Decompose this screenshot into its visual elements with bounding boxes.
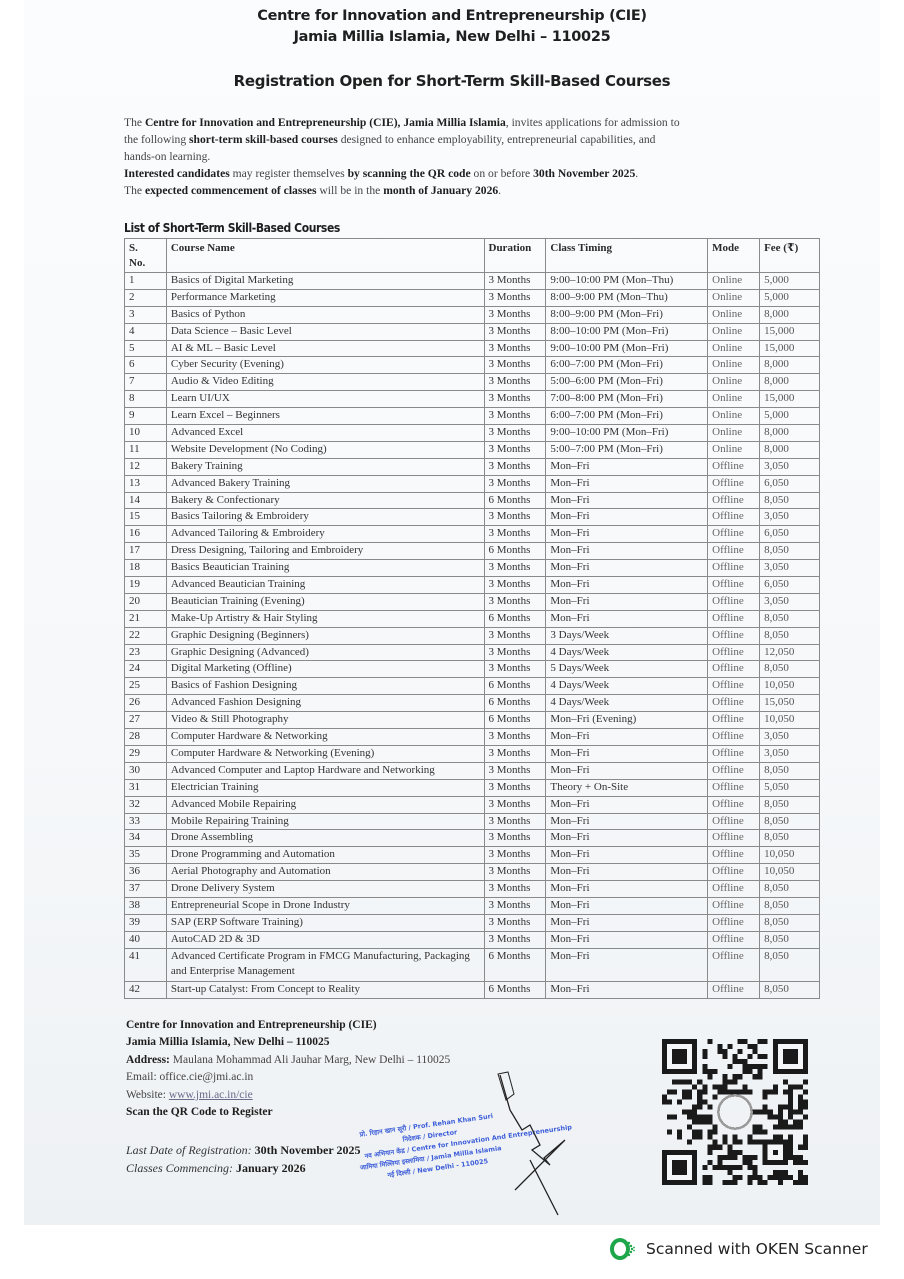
cell-sno: 41 [125, 948, 167, 981]
table-row: 6Cyber Security (Evening)3 Months6:00–7:… [125, 357, 820, 374]
cell-course-name: Performance Marketing [166, 289, 484, 306]
cell-course-name: Advanced Computer and Laptop Hardware an… [166, 762, 484, 779]
cell-fee: 8,000 [760, 425, 820, 442]
contact-block: Centre for Innovation and Entrepreneursh… [126, 1017, 450, 1121]
cell-course-name: Make-Up Artistry & Hair Styling [166, 610, 484, 627]
cell-fee: 8,050 [760, 796, 820, 813]
table-row: 12Bakery Training3 MonthsMon–FriOffline3… [125, 458, 820, 475]
table-row: 19Advanced Beautician Training3 MonthsMo… [125, 577, 820, 594]
cell-fee: 8,050 [760, 762, 820, 779]
cell-fee: 5,000 [760, 273, 820, 290]
cell-course-name: Beautician Training (Evening) [166, 593, 484, 610]
cell-class-timing: Mon–Fri [546, 577, 708, 594]
course-list-title: List of Short-Term Skill-Based Courses [124, 221, 340, 235]
signature-icon [470, 1070, 580, 1220]
cell-fee: 5,000 [760, 408, 820, 425]
table-row: 8Learn UI/UX3 Months7:00–8:00 PM (Mon–Fr… [125, 391, 820, 408]
cell-sno: 16 [125, 526, 167, 543]
cell-course-name: Audio & Video Editing [166, 374, 484, 391]
table-row: 5AI & ML – Basic Level3 Months9:00–10:00… [125, 340, 820, 357]
cell-mode: Offline [708, 492, 760, 509]
cell-class-timing: 4 Days/Week [546, 644, 708, 661]
oken-scanner-logo-icon [610, 1238, 636, 1260]
table-row: 30Advanced Computer and Laptop Hardware … [125, 762, 820, 779]
cell-sno: 13 [125, 475, 167, 492]
table-row: 15Basics Tailoring & Embroidery3 MonthsM… [125, 509, 820, 526]
cell-class-timing: Theory + On-Site [546, 779, 708, 796]
cell-mode: Offline [708, 729, 760, 746]
table-row: 33Mobile Repairing Training3 MonthsMon–F… [125, 813, 820, 830]
cell-sno: 31 [125, 779, 167, 796]
contact-address: Address: Maulana Mohammad Ali Jauhar Mar… [126, 1052, 450, 1069]
table-row: 41Advanced Certificate Program in FMCG M… [125, 948, 820, 981]
cell-fee: 12,050 [760, 644, 820, 661]
cell-class-timing: Mon–Fri [546, 593, 708, 610]
table-row: 21Make-Up Artistry & Hair Styling6 Month… [125, 610, 820, 627]
cell-duration: 3 Months [484, 881, 546, 898]
cell-course-name: Advanced Certificate Program in FMCG Man… [166, 948, 484, 981]
cell-duration: 6 Months [484, 948, 546, 981]
cell-class-timing: 6:00–7:00 PM (Mon–Fri) [546, 357, 708, 374]
contact-website: Website: www.jmi.ac.in/cie [126, 1087, 450, 1104]
cell-duration: 3 Months [484, 441, 546, 458]
cell-class-timing: Mon–Fri [546, 796, 708, 813]
table-row: 16Advanced Tailoring & Embroidery3 Month… [125, 526, 820, 543]
cell-mode: Offline [708, 610, 760, 627]
cell-class-timing: Mon–Fri [546, 526, 708, 543]
cell-fee: 8,050 [760, 931, 820, 948]
cell-duration: 3 Months [484, 560, 546, 577]
cell-duration: 3 Months [484, 273, 546, 290]
cell-mode: Offline [708, 813, 760, 830]
cell-sno: 11 [125, 441, 167, 458]
watermark-text: Scanned with OKEN Scanner [646, 1240, 868, 1258]
cell-mode: Offline [708, 914, 760, 931]
cell-class-timing: 8:00–10:00 PM (Mon–Fri) [546, 323, 708, 340]
cell-class-timing: Mon–Fri [546, 948, 708, 981]
table-row: 3Basics of Python3 Months8:00–9:00 PM (M… [125, 306, 820, 323]
cell-class-timing: 8:00–9:00 PM (Mon–Thu) [546, 289, 708, 306]
cell-class-timing: 8:00–9:00 PM (Mon–Fri) [546, 306, 708, 323]
cell-mode: Offline [708, 931, 760, 948]
table-row: 18Basics Beautician Training3 MonthsMon–… [125, 560, 820, 577]
cell-course-name: Aerial Photography and Automation [166, 864, 484, 881]
qr-code-icon[interactable] [662, 1038, 808, 1186]
cell-sno: 27 [125, 712, 167, 729]
cell-fee: 10,050 [760, 678, 820, 695]
cell-fee: 8,050 [760, 627, 820, 644]
header-fee: Fee (₹) [760, 239, 820, 273]
cell-duration: 3 Months [484, 289, 546, 306]
cell-class-timing: Mon–Fri [546, 458, 708, 475]
cell-sno: 34 [125, 830, 167, 847]
cell-fee: 10,050 [760, 712, 820, 729]
cell-sno: 5 [125, 340, 167, 357]
cell-sno: 42 [125, 981, 167, 998]
cell-duration: 3 Months [484, 745, 546, 762]
cell-fee: 3,050 [760, 593, 820, 610]
cell-mode: Offline [708, 695, 760, 712]
cell-mode: Offline [708, 881, 760, 898]
cell-duration: 3 Months [484, 323, 546, 340]
cell-sno: 8 [125, 391, 167, 408]
cell-mode: Online [708, 374, 760, 391]
cell-sno: 29 [125, 745, 167, 762]
cell-class-timing: 9:00–10:00 PM (Mon–Thu) [546, 273, 708, 290]
cell-mode: Online [708, 289, 760, 306]
cell-course-name: AutoCAD 2D & 3D [166, 931, 484, 948]
cell-mode: Offline [708, 475, 760, 492]
cell-sno: 32 [125, 796, 167, 813]
cell-fee: 8,050 [760, 881, 820, 898]
cell-course-name: Drone Delivery System [166, 881, 484, 898]
cell-sno: 39 [125, 914, 167, 931]
cell-class-timing: Mon–Fri [546, 543, 708, 560]
cell-course-name: Learn UI/UX [166, 391, 484, 408]
cell-duration: 6 Months [484, 543, 546, 560]
cell-mode: Online [708, 273, 760, 290]
cell-mode: Online [708, 425, 760, 442]
cell-mode: Online [708, 323, 760, 340]
cell-sno: 18 [125, 560, 167, 577]
cell-duration: 3 Months [484, 357, 546, 374]
cell-sno: 4 [125, 323, 167, 340]
cell-sno: 23 [125, 644, 167, 661]
cell-sno: 7 [125, 374, 167, 391]
cell-mode: Online [708, 408, 760, 425]
cell-sno: 22 [125, 627, 167, 644]
table-row: 27Video & Still Photography6 MonthsMon–F… [125, 712, 820, 729]
cell-course-name: Mobile Repairing Training [166, 813, 484, 830]
table-row: 11Website Development (No Coding)3 Month… [125, 441, 820, 458]
table-row: 35Drone Programming and Automation3 Mont… [125, 847, 820, 864]
cell-mode: Offline [708, 779, 760, 796]
cell-class-timing: 5:00–7:00 PM (Mon–Fri) [546, 441, 708, 458]
table-row: 17Dress Designing, Tailoring and Embroid… [125, 543, 820, 560]
cell-duration: 3 Months [484, 526, 546, 543]
last-date-registration: Last Date of Registration: 30th November… [126, 1141, 360, 1159]
cell-duration: 3 Months [484, 897, 546, 914]
cell-fee: 15,000 [760, 340, 820, 357]
cell-duration: 3 Months [484, 425, 546, 442]
table-row: 37Drone Delivery System3 MonthsMon–FriOf… [125, 881, 820, 898]
header-duration: Duration [484, 239, 546, 273]
table-row: 28Computer Hardware & Networking3 Months… [125, 729, 820, 746]
cell-sno: 33 [125, 813, 167, 830]
cell-course-name: Basics of Fashion Designing [166, 678, 484, 695]
cell-course-name: Basics Tailoring & Embroidery [166, 509, 484, 526]
cell-duration: 6 Months [484, 981, 546, 998]
cell-duration: 3 Months [484, 796, 546, 813]
cell-class-timing: Mon–Fri [546, 830, 708, 847]
cell-class-timing: 7:00–8:00 PM (Mon–Fri) [546, 391, 708, 408]
cell-fee: 15,000 [760, 391, 820, 408]
header-sno: S.No. [125, 239, 167, 273]
cell-fee: 8,050 [760, 830, 820, 847]
cell-mode: Offline [708, 678, 760, 695]
cell-mode: Offline [708, 509, 760, 526]
cell-course-name: Basics Beautician Training [166, 560, 484, 577]
cell-duration: 3 Months [484, 627, 546, 644]
table-row: 10Advanced Excel3 Months9:00–10:00 PM (M… [125, 425, 820, 442]
cell-class-timing: Mon–Fri [546, 729, 708, 746]
table-row: 22Graphic Designing (Beginners)3 Months3… [125, 627, 820, 644]
table-row: 23Graphic Designing (Advanced)3 Months4 … [125, 644, 820, 661]
cell-sno: 17 [125, 543, 167, 560]
cell-sno: 6 [125, 357, 167, 374]
cell-fee: 10,050 [760, 864, 820, 881]
cell-class-timing: Mon–Fri [546, 610, 708, 627]
cell-class-timing: Mon–Fri (Evening) [546, 712, 708, 729]
cell-mode: Offline [708, 543, 760, 560]
cell-course-name: SAP (ERP Software Training) [166, 914, 484, 931]
cell-course-name: Computer Hardware & Networking (Evening) [166, 745, 484, 762]
cell-sno: 9 [125, 408, 167, 425]
cell-class-timing: Mon–Fri [546, 881, 708, 898]
cell-duration: 3 Months [484, 306, 546, 323]
cell-duration: 3 Months [484, 914, 546, 931]
page-title: Registration Open for Short-Term Skill-B… [0, 72, 904, 90]
cell-course-name: Dress Designing, Tailoring and Embroider… [166, 543, 484, 560]
table-row: 40AutoCAD 2D & 3D3 MonthsMon–FriOffline8… [125, 931, 820, 948]
cell-duration: 3 Months [484, 475, 546, 492]
cell-fee: 8,050 [760, 661, 820, 678]
cell-fee: 6,050 [760, 577, 820, 594]
cell-mode: Offline [708, 526, 760, 543]
cell-duration: 6 Months [484, 695, 546, 712]
cell-duration: 3 Months [484, 661, 546, 678]
cell-fee: 8,000 [760, 441, 820, 458]
cell-duration: 3 Months [484, 577, 546, 594]
cell-class-timing: 5:00–6:00 PM (Mon–Fri) [546, 374, 708, 391]
cell-class-timing: Mon–Fri [546, 981, 708, 998]
header-mode: Mode [708, 239, 760, 273]
cell-fee: 8,050 [760, 813, 820, 830]
cell-duration: 3 Months [484, 779, 546, 796]
cell-fee: 8,050 [760, 610, 820, 627]
cell-duration: 3 Months [484, 408, 546, 425]
cell-class-timing: Mon–Fri [546, 914, 708, 931]
cell-class-timing: Mon–Fri [546, 813, 708, 830]
cell-course-name: Basics of Python [166, 306, 484, 323]
table-row: 31Electrician Training3 MonthsTheory + O… [125, 779, 820, 796]
cell-mode: Online [708, 441, 760, 458]
cell-course-name: Drone Programming and Automation [166, 847, 484, 864]
contact-email: Email: office.cie@jmi.ac.in [126, 1069, 450, 1086]
cell-duration: 3 Months [484, 830, 546, 847]
cell-sno: 38 [125, 897, 167, 914]
cell-sno: 24 [125, 661, 167, 678]
cell-sno: 20 [125, 593, 167, 610]
course-table: S.No. Course Name Duration Class Timing … [124, 238, 820, 999]
table-row: 4Data Science – Basic Level3 Months8:00–… [125, 323, 820, 340]
table-row: 34Drone Assembling3 MonthsMon–FriOffline… [125, 830, 820, 847]
cell-course-name: Graphic Designing (Beginners) [166, 627, 484, 644]
cell-mode: Offline [708, 762, 760, 779]
cell-fee: 10,050 [760, 847, 820, 864]
cell-course-name: Video & Still Photography [166, 712, 484, 729]
table-row: 13Advanced Bakery Training3 MonthsMon–Fr… [125, 475, 820, 492]
cell-class-timing: 5 Days/Week [546, 661, 708, 678]
cell-fee: 6,050 [760, 526, 820, 543]
cell-course-name: Start-up Catalyst: From Concept to Reali… [166, 981, 484, 998]
cell-class-timing: Mon–Fri [546, 897, 708, 914]
cell-mode: Offline [708, 577, 760, 594]
scanner-watermark: Scanned with OKEN Scanner [610, 1238, 868, 1260]
cell-course-name: Bakery & Confectionary [166, 492, 484, 509]
cell-duration: 6 Months [484, 492, 546, 509]
cell-mode: Offline [708, 864, 760, 881]
course-table-body: 1Basics of Digital Marketing3 Months9:00… [125, 273, 820, 999]
qr-instruction: Scan the QR Code to Register [126, 1104, 450, 1121]
cell-mode: Offline [708, 644, 760, 661]
cell-course-name: Website Development (No Coding) [166, 441, 484, 458]
cell-course-name: Advanced Tailoring & Embroidery [166, 526, 484, 543]
cell-fee: 6,050 [760, 475, 820, 492]
cell-course-name: Digital Marketing (Offline) [166, 661, 484, 678]
org-location: Jamia Millia Islamia, New Delhi – 110025 [0, 29, 904, 45]
cell-course-name: Advanced Beautician Training [166, 577, 484, 594]
cell-duration: 3 Months [484, 864, 546, 881]
cell-course-name: Drone Assembling [166, 830, 484, 847]
cell-mode: Offline [708, 458, 760, 475]
email-link[interactable]: office.cie@jmi.ac.in [160, 1071, 254, 1083]
table-row: 20Beautician Training (Evening)3 MonthsM… [125, 593, 820, 610]
cell-course-name: Advanced Mobile Repairing [166, 796, 484, 813]
cell-fee: 8,000 [760, 306, 820, 323]
classes-commencing: Classes Commencing: January 2026 [126, 1159, 360, 1177]
cell-sno: 37 [125, 881, 167, 898]
cell-fee: 3,050 [760, 560, 820, 577]
table-row: 36Aerial Photography and Automation3 Mon… [125, 864, 820, 881]
cell-fee: 8,050 [760, 981, 820, 998]
cell-duration: 3 Months [484, 847, 546, 864]
cell-sno: 21 [125, 610, 167, 627]
cell-sno: 12 [125, 458, 167, 475]
cell-class-timing: Mon–Fri [546, 864, 708, 881]
cell-sno: 28 [125, 729, 167, 746]
header-class-timing: Class Timing [546, 239, 708, 273]
cell-mode: Online [708, 357, 760, 374]
cell-fee: 5,050 [760, 779, 820, 796]
cell-mode: Offline [708, 847, 760, 864]
cell-mode: Offline [708, 593, 760, 610]
cell-fee: 5,000 [760, 289, 820, 306]
cell-course-name: Advanced Bakery Training [166, 475, 484, 492]
cell-fee: 15,050 [760, 695, 820, 712]
table-row: 1Basics of Digital Marketing3 Months9:00… [125, 273, 820, 290]
cell-class-timing: 6:00–7:00 PM (Mon–Fri) [546, 408, 708, 425]
cell-fee: 8,050 [760, 948, 820, 981]
table-row: 2Performance Marketing3 Months8:00–9:00 … [125, 289, 820, 306]
cell-duration: 3 Months [484, 509, 546, 526]
cell-course-name: Entrepreneurial Scope in Drone Industry [166, 897, 484, 914]
cell-mode: Online [708, 391, 760, 408]
table-header-row: S.No. Course Name Duration Class Timing … [125, 239, 820, 273]
cell-sno: 26 [125, 695, 167, 712]
cell-class-timing: 4 Days/Week [546, 695, 708, 712]
cell-duration: 3 Months [484, 931, 546, 948]
cell-mode: Offline [708, 661, 760, 678]
cell-course-name: Advanced Excel [166, 425, 484, 442]
cell-duration: 6 Months [484, 712, 546, 729]
cell-class-timing: Mon–Fri [546, 475, 708, 492]
cell-fee: 8,050 [760, 914, 820, 931]
cell-sno: 2 [125, 289, 167, 306]
cell-duration: 3 Months [484, 340, 546, 357]
intro-paragraph: The Centre for Innovation and Entreprene… [124, 114, 792, 199]
contact-org: Centre for Innovation and Entrepreneursh… [126, 1017, 450, 1034]
cell-sno: 10 [125, 425, 167, 442]
cell-course-name: AI & ML – Basic Level [166, 340, 484, 357]
cell-sno: 3 [125, 306, 167, 323]
table-row: 26Advanced Fashion Designing6 Months4 Da… [125, 695, 820, 712]
cell-fee: 3,050 [760, 458, 820, 475]
cell-sno: 15 [125, 509, 167, 526]
cell-course-name: Computer Hardware & Networking [166, 729, 484, 746]
table-row: 14Bakery & Confectionary6 MonthsMon–FriO… [125, 492, 820, 509]
cell-class-timing: 4 Days/Week [546, 678, 708, 695]
cell-class-timing: Mon–Fri [546, 931, 708, 948]
cell-mode: Offline [708, 712, 760, 729]
cell-sno: 19 [125, 577, 167, 594]
table-row: 42Start-up Catalyst: From Concept to Rea… [125, 981, 820, 998]
cell-sno: 1 [125, 273, 167, 290]
cell-class-timing: Mon–Fri [546, 847, 708, 864]
cell-fee: 8,000 [760, 357, 820, 374]
cell-duration: 3 Months [484, 593, 546, 610]
cell-course-name: Bakery Training [166, 458, 484, 475]
cell-sno: 35 [125, 847, 167, 864]
org-name: Centre for Innovation and Entrepreneursh… [0, 8, 904, 24]
cell-mode: Offline [708, 627, 760, 644]
cell-duration: 3 Months [484, 391, 546, 408]
cell-course-name: Electrician Training [166, 779, 484, 796]
website-link[interactable]: www.jmi.ac.in/cie [169, 1089, 253, 1101]
cell-mode: Offline [708, 897, 760, 914]
cell-mode: Offline [708, 981, 760, 998]
cell-duration: 3 Months [484, 813, 546, 830]
cell-fee: 3,050 [760, 745, 820, 762]
cell-sno: 40 [125, 931, 167, 948]
cell-course-name: Learn Excel – Beginners [166, 408, 484, 425]
table-row: 29Computer Hardware & Networking (Evenin… [125, 745, 820, 762]
cell-fee: 8,050 [760, 897, 820, 914]
cell-mode: Offline [708, 948, 760, 981]
cell-duration: 3 Months [484, 374, 546, 391]
cell-mode: Offline [708, 830, 760, 847]
cell-duration: 3 Months [484, 729, 546, 746]
contact-location: Jamia Millia Islamia, New Delhi – 110025 [126, 1034, 450, 1051]
cell-class-timing: Mon–Fri [546, 509, 708, 526]
table-row: 32Advanced Mobile Repairing3 MonthsMon–F… [125, 796, 820, 813]
cell-duration: 3 Months [484, 762, 546, 779]
cell-mode: Online [708, 340, 760, 357]
cell-duration: 6 Months [484, 610, 546, 627]
cell-fee: 3,050 [760, 509, 820, 526]
cell-course-name: Data Science – Basic Level [166, 323, 484, 340]
cell-course-name: Cyber Security (Evening) [166, 357, 484, 374]
cell-fee: 8,000 [760, 374, 820, 391]
cell-fee: 8,050 [760, 543, 820, 560]
table-row: 39SAP (ERP Software Training)3 MonthsMon… [125, 914, 820, 931]
cell-duration: 6 Months [484, 678, 546, 695]
cell-sno: 36 [125, 864, 167, 881]
cell-class-timing: Mon–Fri [546, 762, 708, 779]
cell-class-timing: Mon–Fri [546, 560, 708, 577]
cell-sno: 14 [125, 492, 167, 509]
important-dates: Last Date of Registration: 30th November… [126, 1141, 360, 1177]
